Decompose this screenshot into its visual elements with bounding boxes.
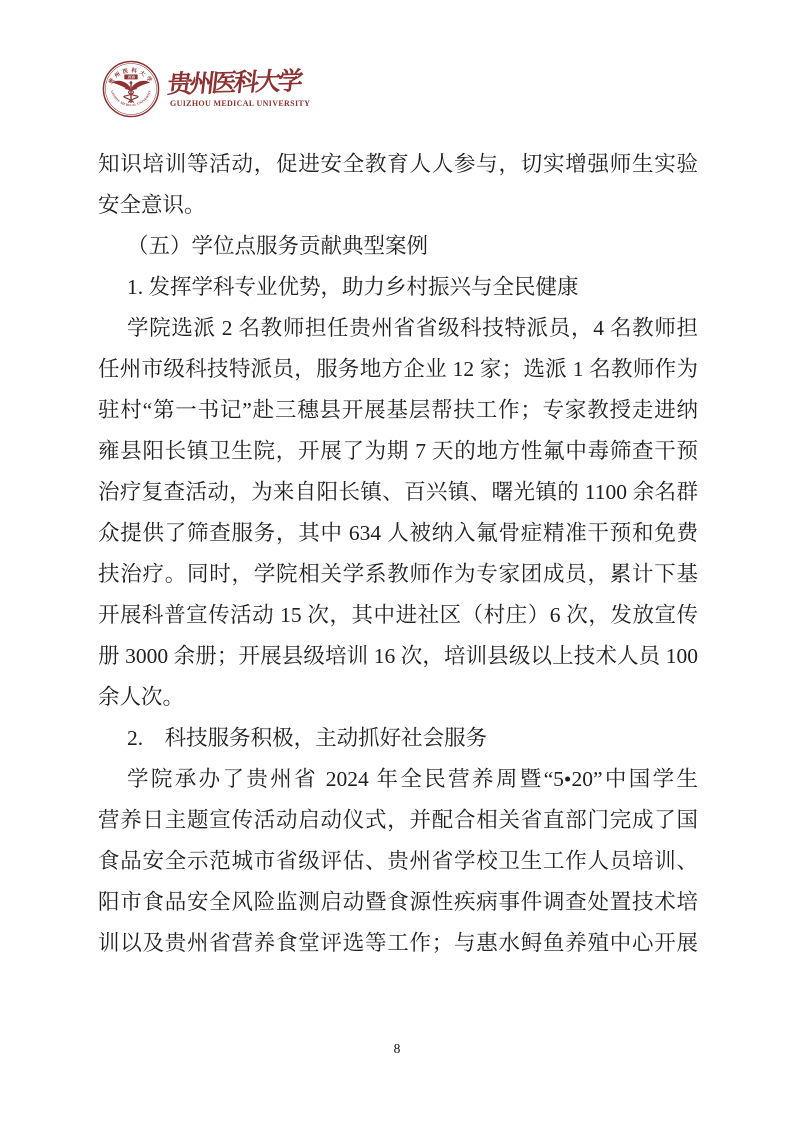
university-name-en: GUIZHOU MEDICAL UNIVERSITY: [170, 99, 310, 108]
body-line: 营养日主题宣传活动启动仪式，并配合相关省直部门完成了国家: [98, 800, 698, 841]
body-line: 食品安全示范城市省级评估、贵州省学校卫生工作人员培训、贵: [98, 841, 698, 882]
body-line: 驻村“第一书记”赴三穗县开展基层帮扶工作；专家教授走进纳: [98, 390, 698, 431]
body-line: 学院选派 2 名教师担任贵州省省级科技特派员，4 名教师担: [98, 308, 698, 349]
body-line: 治疗复查活动，为来自阳长镇、百兴镇、曙光镇的 1100 余名群: [98, 472, 698, 513]
body-line: 雍县阳长镇卫生院，开展了为期 7 天的地方性氟中毒筛查干预和: [98, 431, 698, 472]
body-line: 众提供了筛查服务，其中 634 人被纳入氟骨症精准干预和免费帮: [98, 513, 698, 554]
body-line: 训以及贵州省营养食堂评选等工作；与惠水鲟鱼养殖中心开展技: [98, 923, 698, 964]
university-name-zh: 贵州医科大学: [166, 61, 303, 100]
university-seal-icon: 贵州医科大学 1938 GUIZHOU MEDICAL UNIVERSITY: [102, 60, 160, 118]
sub-heading: 2. 科技服务积极，主动抓好社会服务: [98, 718, 698, 759]
section-heading: （五）学位点服务贡献典型案例: [98, 226, 698, 267]
body-line: 开展科普宣传活动 15 次，其中进社区（村庄）6 次，发放宣传: [98, 595, 698, 636]
body-line: 扶治疗。同时，学院相关学系教师作为专家团成员，累计下基层: [98, 554, 698, 595]
document-page: 贵州医科大学 1938 GUIZHOU MEDICAL UNIVERSITY 贵…: [0, 0, 794, 1123]
body-line: 任州市级科技特派员，服务地方企业 12 家；选派 1 名教师作为: [98, 349, 698, 390]
body-line: 学院承办了贵州省 2024 年全民营养周暨“5•20”中国学生: [98, 759, 698, 800]
body-line: 安全意识。: [98, 185, 698, 226]
body-line: 知识培训等活动，促进安全教育人人参与，切实增强师生实验室: [98, 144, 698, 185]
seal-year: 1938: [127, 75, 135, 79]
body-line: 册 3000 余册；开展县级培训 16 次，培训县级以上技术人员 100: [98, 636, 698, 677]
body-line: 余人次。: [98, 677, 698, 718]
document-body: 知识培训等活动，促进安全教育人人参与，切实增强师生实验室 安全意识。 （五）学位…: [98, 144, 698, 964]
university-logo: 贵州医科大学 1938 GUIZHOU MEDICAL UNIVERSITY 贵…: [102, 59, 402, 129]
sub-heading: 1. 发挥学科专业优势，助力乡村振兴与全民健康: [98, 267, 698, 308]
page-number: 8: [0, 1041, 794, 1057]
body-line: 阳市食品安全风险监测启动暨食源性疾病事件调查处置技术培: [98, 882, 698, 923]
